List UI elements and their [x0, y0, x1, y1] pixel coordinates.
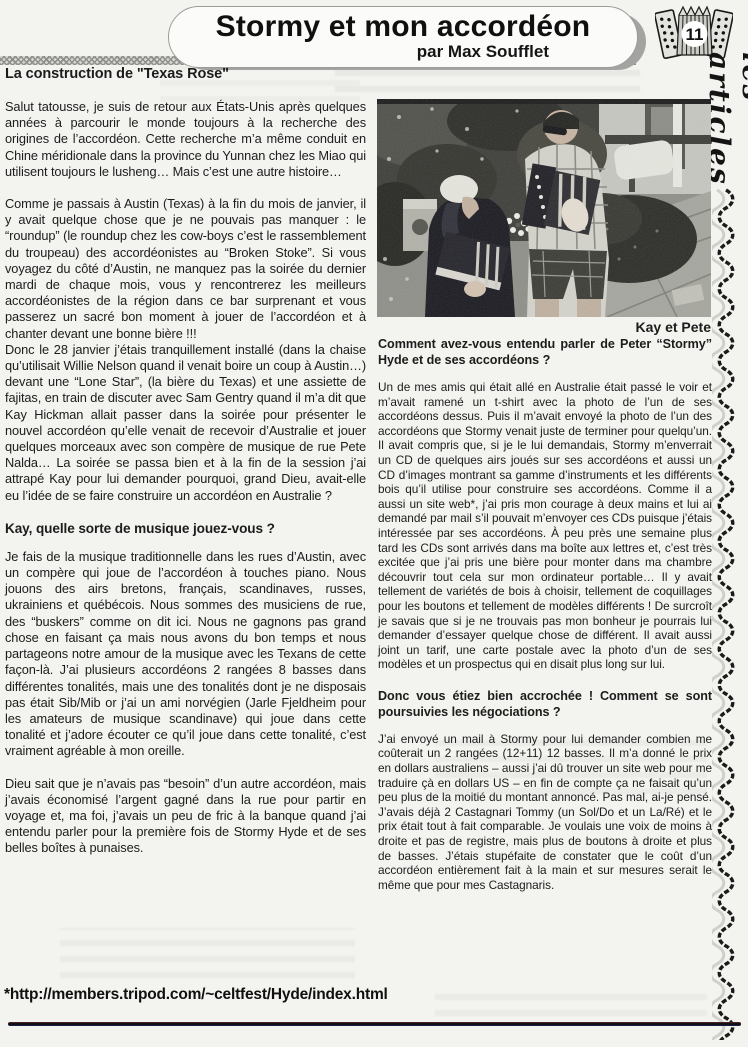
bleed-through-texture — [435, 990, 707, 1016]
article-byline: par Max Soufflet — [417, 42, 549, 62]
page-number: 11 — [686, 25, 704, 44]
answer-hyde: Un de mes amis qui était allé en Austral… — [378, 380, 712, 672]
paragraph-austin: Comme je passais à Austin (Texas) à la f… — [5, 196, 366, 342]
section-heading: La construction de "Texas Rose" — [5, 66, 366, 83]
question-negotiations: Donc vous étiez bien accrochée ! Comment… — [378, 688, 712, 720]
paragraph-intro: Salut tatousse, je suis de retour aux Ét… — [5, 99, 366, 180]
paragraph-evening: Donc le 28 janvier j’étais tranquillemen… — [5, 342, 366, 504]
article-title: Stormy et mon accordéon — [169, 10, 637, 44]
bleed-through-texture — [60, 928, 355, 978]
question-hyde: Comment avez-vous entendu parler de Pete… — [378, 336, 712, 368]
magazine-page: Stormy et mon accordéon par Max Soufflet — [0, 0, 748, 1047]
decorative-wavy-line — [712, 188, 742, 1040]
answer-negotiations: J’ai envoyé un mail à Stormy pour lui de… — [378, 732, 712, 893]
photo-kay-and-pete — [377, 99, 711, 317]
article-title-banner: Stormy et mon accordéon par Max Soufflet — [168, 6, 638, 68]
street-musicians-photo — [377, 99, 711, 317]
left-column: La construction de "Texas Rose" Salut ta… — [5, 66, 366, 857]
bottom-rule — [8, 1022, 741, 1026]
website-footnote: *http://members.tripod.com/~celtfest/Hyd… — [4, 986, 388, 1004]
right-column: Comment avez-vous entendu parler de Pete… — [378, 336, 712, 892]
photo-caption: Kay et Pete — [377, 319, 711, 335]
question-music: Kay, quelle sorte de musique jouez-vous … — [5, 520, 366, 537]
paragraph-money: Dieu sait que je n’avais pas “besoin” d’… — [5, 776, 366, 857]
answer-music: Je fais de la musique traditionnelle dan… — [5, 549, 366, 760]
